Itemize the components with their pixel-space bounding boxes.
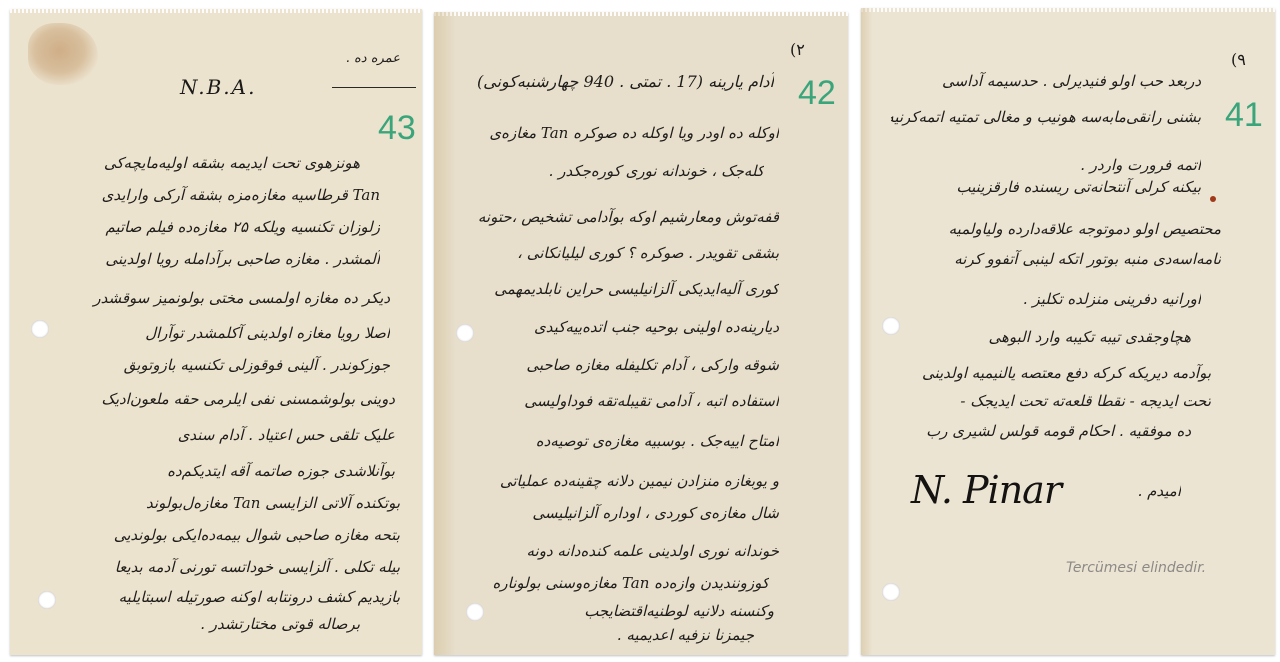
text-line: زلوزان تکنسیه ویلکه ۲۵ مغازه‌ده فیلم صات… (40, 218, 380, 240)
folio-number: 41 (1225, 96, 1263, 135)
text-line: Tan قرطاسیه مغازه‌مزه بشقه آرکی وارایدی (40, 186, 380, 208)
page-marker: (٢ (790, 40, 805, 59)
text-line: تحت ایدیجه - نقطا قلعه‌ته تحت ایدیجک - (891, 392, 1211, 414)
text-line: دیکر ده مغازه اولمسی مختی بولونمیز سوقشد… (40, 289, 390, 311)
top-right-note: عمره ده . (310, 51, 400, 73)
text-line: امتاح اییه‌جک . بوسبیه مغازه‌ی توصیه‌ده (459, 432, 779, 454)
text-line: هونزهوی تحت ایدیمه بشقه اولیه‌مایچه‌کی (40, 154, 360, 176)
text-line: دیارینه‌ده اولینی بوحیه جنب اتده‌ییه‌کید… (459, 318, 779, 340)
pencil-note: Tercümesi elindedir. (1066, 560, 1206, 576)
hole-punch (466, 603, 484, 621)
text-line: نامه‌اسه‌دی منبه بوتور اتکه لینبی آتفوو … (891, 250, 1221, 272)
signature: N. Pinar (911, 468, 1061, 512)
folio-number: 42 (798, 74, 836, 113)
text-line: اوکله ده اودر ویا اوکله ده صوکره Tan مغا… (449, 124, 779, 146)
text-line: اورانیه دفرینی منزلده تکلیز . (941, 290, 1201, 312)
text-line: اصلا رویا مغازه اولدینی آکلمشدر توآرال (40, 324, 390, 346)
text-line: استفاده اتبه ، آدامی تقیبله‌تقه فوداولیس… (459, 392, 779, 414)
text-line: کله‌جک ، خوندانه نوری کوره‌جکدر . (504, 162, 764, 184)
text-line: دربعد حب اولو فنیدیرلی . حدسیمه آداسی (891, 72, 1201, 94)
text-line: بشقی تقویدر . صوکره ؟ کوری لیلیانکانی ، (459, 244, 779, 266)
text-line: جوزکوندر . آلینی فوقوزلی تکنسیه بازوتوبق (40, 356, 390, 378)
text-line: هچاوجقد‌ی تیبه تکیبه وارد البوهی (891, 328, 1191, 350)
paper-edge (434, 12, 456, 655)
text-line: و یوبغازه منزادن نیمین دلانه چقینه‌ده عم… (459, 472, 779, 494)
text-line: اتمه فرورت واردر . (1011, 156, 1201, 178)
text-line: برصاله قوتی مختارتشدر . (130, 615, 360, 637)
text-line: کوزونندیدن وازه‌ده Tan مغازه‌وسنی بولونا… (449, 574, 769, 596)
text-line: قفه‌توش ومعارشیم اوکه بوآدامی تشخیص ،حتو… (459, 208, 779, 230)
paper-edge (861, 8, 873, 655)
text-line: شال مغازه‌ی کوردی ، اوداره آلزانیلیسی (459, 504, 779, 526)
text-line: بشنی رانقی‌مابه‌سه هونیب و مغالی تمتیه ا… (891, 108, 1201, 130)
text-line: بوآنلاشدی جوزه صاتمه آقه ایتدیکم‌ده (40, 462, 395, 484)
letter-page-2: (٢ 42 آدام یارینه (17 . تمتی . 940 چهارش… (434, 12, 848, 655)
text-line: خوندانه نوری اولدینی علمه کنده‌دانه دونه (459, 542, 779, 564)
text-line: وکنسنه دلانیه لوطنیه‌اقتضایجب (454, 602, 774, 624)
text-line: ده موفقیه . احکام قومه قولس لشیری رب (891, 422, 1191, 444)
text-line: بیکنه کرلی آنتحانه‌تی ریسنده فارقزینیب (891, 178, 1201, 200)
text-line: شوقه وارکی ، آدام تکلیفله مغازه صاحبی (459, 356, 779, 378)
text-line: بوتکنده آلاتی الزایسی Tan مغازه‌ل‌بولوند (40, 494, 400, 516)
text-line: بازیدیم کشف درونتابه اوکنه صورتیله اسبتا… (40, 588, 400, 610)
text-line: امیدم . (1101, 482, 1181, 504)
underline-mark (332, 87, 416, 88)
letter-page-1: N.B.A. عمره ده . 43 هونزهوی تحت ایدیمه ب… (10, 9, 422, 655)
header-initials: N.B.A. (180, 75, 256, 99)
hole-punch (31, 320, 49, 338)
hole-punch (882, 317, 900, 335)
text-line: علیک تلقی حس اعتیاد . آدام سندی (40, 426, 395, 448)
folio-number: 43 (378, 109, 416, 148)
page-marker: (٩ (1231, 50, 1246, 69)
text-line: آلمشدر . مغازه صاحبی برآدامله رویا اولدی… (40, 250, 380, 272)
text-line: بیله تکلی . آلزایسی خوداتسه تورنی آدمه ب… (40, 558, 400, 580)
letter-page-3: (٩ 41 دربعد حب اولو فنیدیرلی . حدسیمه آد… (861, 8, 1275, 655)
text-line: کوری آلیه‌ایدیکی آلزانیلیسی حراین نابلدی… (459, 280, 779, 302)
text-line: بوآدمه دیریکه کرکه دفع معتصه یالنیمیه او… (891, 364, 1211, 386)
ink-spot (1210, 196, 1216, 202)
hole-punch (456, 324, 474, 342)
date-line: آدام یارینه (17 . تمتی . 940 چهارشنبه‌کو… (474, 72, 774, 94)
hole-punch (38, 591, 56, 609)
hole-punch (882, 583, 900, 601)
text-line: دوینی بولوشمسنی نفی ایلرمی حقه ملعون‌ادی… (40, 390, 395, 412)
text-line: بتحه مغازه صاحبی شوال بیمه‌ده‌ایکی بولون… (40, 526, 400, 548)
paper-stain (28, 23, 98, 85)
text-line: جیمزنا نزفیه اعدیمیه . (554, 626, 754, 648)
text-line: محتصیص اولو دموتوجه علاقه‌دارده ولیا‌ولم… (891, 220, 1221, 242)
